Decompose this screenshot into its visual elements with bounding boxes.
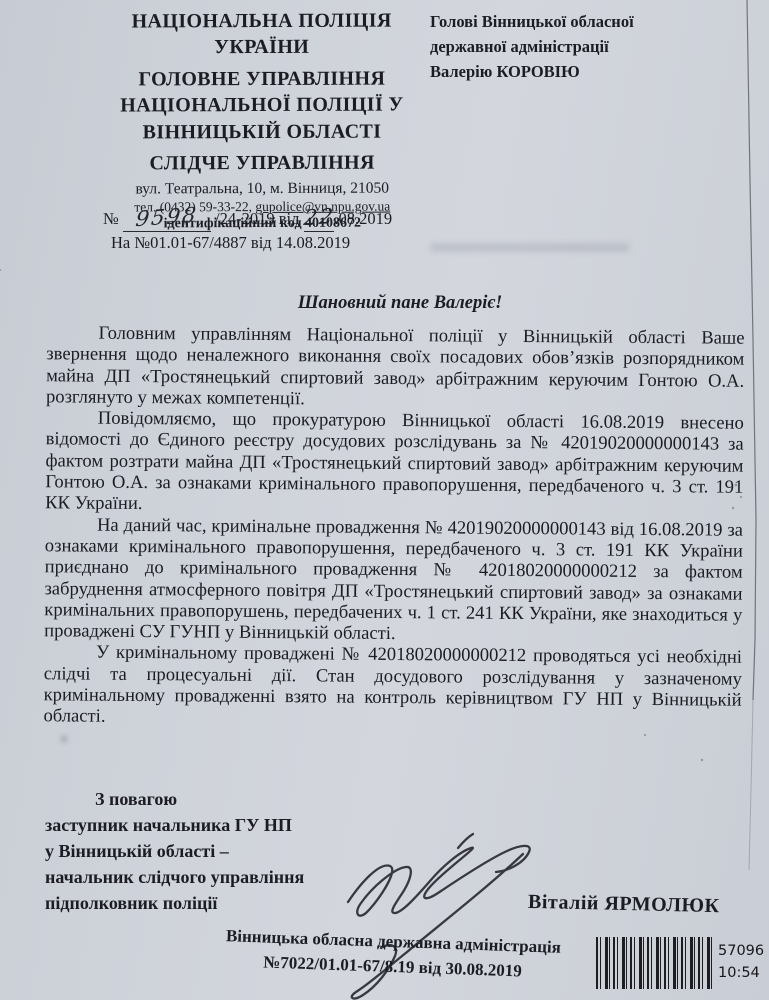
- signer-title-line2: у Вінницькій області –: [45, 838, 304, 864]
- addressee-block: Голові Вінницької обласної державної адм…: [430, 10, 700, 84]
- closing-regards: З повагою: [95, 786, 304, 812]
- addressee-line3: Валерію КОРОВІЮ: [430, 60, 700, 85]
- letterhead: НАЦІОНАЛЬНА ПОЛІЦІЯ УКРАЇНИ ГОЛОВНЕ УПРА…: [92, 7, 433, 233]
- org-name-line2: ГОЛОВНЕ УПРАВЛІННЯ НАЦІОНАЛЬНОЇ ПОЛІЦІЇ …: [92, 65, 432, 145]
- signer-title-line1: заступник начальника ГУ НП: [45, 812, 304, 838]
- paragraph-3: На даний час, кримінальне провадження № …: [44, 514, 743, 647]
- addressee-line2: державної адміністрації: [430, 35, 700, 60]
- barcode-labels: 57096 10:54: [718, 941, 764, 985]
- registration-stamp: Вінницька обласна державна адміністрація…: [177, 923, 608, 987]
- scan-smudge: [430, 243, 630, 252]
- closing-block: З повагою заступник начальника ГУ НП у В…: [45, 786, 304, 916]
- barcode-time: 10:54: [718, 963, 764, 985]
- signer-title-line3: начальник слідчого управління: [45, 864, 304, 890]
- barcode-number: 57096: [718, 941, 764, 963]
- reference-block: № 9598 /24-2019 від 22.08.2019 На №01.01…: [103, 203, 392, 255]
- outgoing-date-suffix: .08.2019: [334, 209, 392, 228]
- paragraph-1: Головним управлінням Національної поліці…: [46, 322, 745, 413]
- scan-speck: [60, 735, 68, 743]
- org-name-line1: НАЦІОНАЛЬНА ПОЛІЦІЯ УКРАЇНИ: [92, 7, 432, 61]
- paragraph-4: У кримінальному проваджені № 42018020000…: [43, 642, 742, 733]
- number-sign: №: [103, 209, 119, 228]
- barcode-block: 57096 10:54: [596, 937, 764, 989]
- salutation: Шановний пане Валеріє!: [0, 293, 769, 314]
- outgoing-day-handwritten: 22: [304, 203, 335, 232]
- signer-name: Віталій ЯРМОЛЮК: [528, 891, 720, 918]
- reply-to-number-line: На №01.01-67/4887 від 14.08.2019: [111, 232, 392, 254]
- org-address: вул. Театральна, 10, м. Вінниця, 21050: [92, 180, 432, 199]
- org-name-line3: СЛІДЧЕ УПРАВЛІННЯ: [92, 149, 432, 177]
- signer-title-line4: підполковник поліції: [45, 890, 304, 916]
- outgoing-number-line: № 9598 /24-2019 від 22.08.2019: [103, 203, 392, 232]
- addressee-line1: Голові Вінницької обласної: [430, 10, 700, 35]
- outgoing-number-suffix: /24-2019 від: [215, 209, 299, 228]
- letter-body: Головним управлінням Національної поліці…: [43, 322, 744, 732]
- outgoing-number-handwritten: 9598: [123, 203, 211, 232]
- barcode-icon: [596, 937, 712, 989]
- paragraph-2: Повідомляємо, що прокуратурою Вінницької…: [45, 407, 744, 519]
